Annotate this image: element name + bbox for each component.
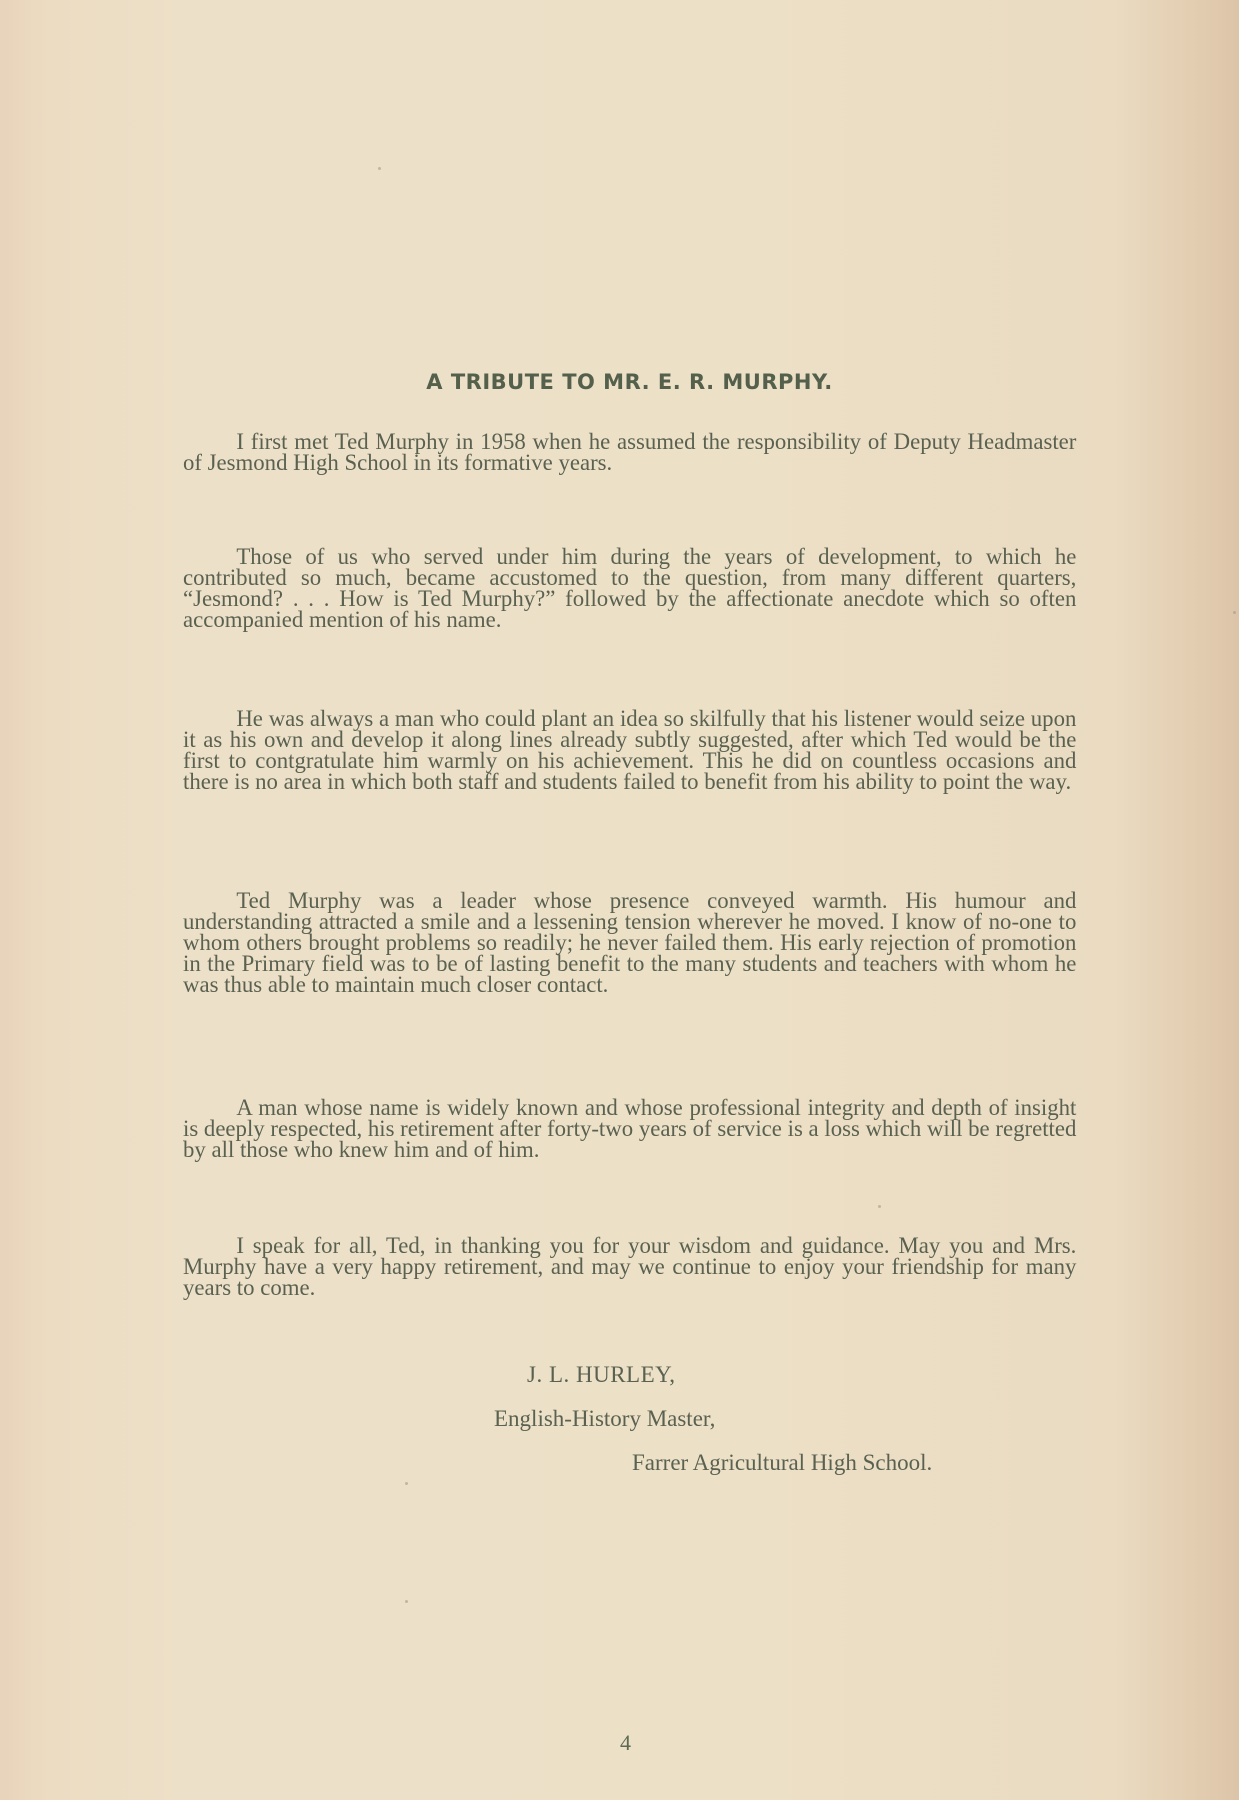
paragraph-2: Those of us who served under him during … <box>183 547 1076 631</box>
signature-name: J. L. HURLEY, <box>527 1362 676 1388</box>
signature-role: English-History Master, <box>494 1406 715 1432</box>
page-title: A TRIBUTE TO MR. E. R. MURPHY. <box>0 370 1239 394</box>
paragraph-5: A man whose name is widely known and who… <box>183 1098 1076 1161</box>
paper-speck <box>405 1600 408 1603</box>
paper-speck <box>878 1205 881 1208</box>
signature-school: Farrer Agricultural High School. <box>632 1450 932 1476</box>
paper-speck <box>405 1482 408 1485</box>
paragraph-6: I speak for all, Ted, in thanking you fo… <box>183 1236 1076 1299</box>
paragraph-3: He was always a man who could plant an i… <box>183 709 1076 793</box>
paragraph-4: Ted Murphy was a leader whose presence c… <box>183 891 1076 996</box>
paper-speck <box>378 167 381 170</box>
paper-speck <box>1233 611 1236 614</box>
paragraph-1: I first met Ted Murphy in 1958 when he a… <box>183 432 1076 474</box>
page-number: 4 <box>620 1730 631 1756</box>
document-page: A TRIBUTE TO MR. E. R. MURPHY. I first m… <box>0 0 1239 1800</box>
